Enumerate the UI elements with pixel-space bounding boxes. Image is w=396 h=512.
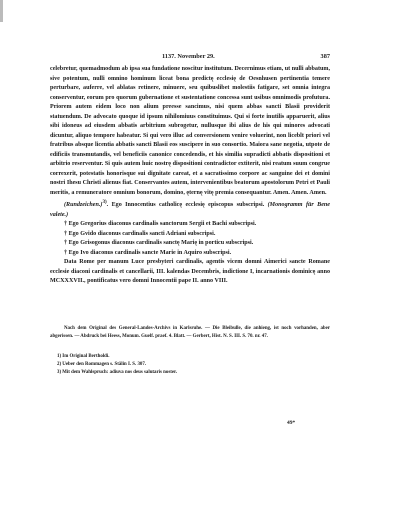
rota-label: (Rundzeichen.)	[64, 202, 102, 208]
footnote-item: 3) Mit dem Wahlspruch: adiuva nos deus s…	[57, 369, 317, 377]
subscription-line: † Ego Gvido diaconus cardinalis sancti A…	[50, 230, 330, 240]
running-header: 1137. November 29. 387	[50, 53, 330, 63]
subscription-line: † Ego Ivo diaconus cardinalis sancte Mar…	[50, 249, 330, 259]
footnote-item: 1) Im Original Bertholdi.	[57, 353, 317, 361]
editorial-note: Nach dem Original des General-Landes-Arc…	[50, 325, 330, 341]
subscription-line: † Ego Gregorius diaconus cardinalis sanc…	[50, 220, 330, 230]
dating-clause: Data Rome per manum Luce presbyteri card…	[50, 258, 330, 287]
header-date-title: 1137. November 29.	[162, 53, 215, 60]
page-edge-mark	[0, 0, 3, 22]
footnotes: 1) Im Original Bertholdi. 2) Ueber den R…	[57, 353, 317, 377]
page-number: 387	[321, 53, 330, 60]
footnote-item: 2) Ueber den Rommagen s. Stälin I. S. 30…	[57, 361, 317, 369]
main-paragraph: celebretur, quemadmodum ab ipsa sua fund…	[50, 65, 330, 198]
subscription-line: † Ego Grisogonus diaconus cardinalis san…	[50, 239, 330, 249]
papal-signature-line: (Rundzeichen.)3). Ego Innocentius cathol…	[50, 198, 330, 220]
editorial-note-text: Nach dem Original des General-Landes-Arc…	[50, 325, 330, 341]
papal-signature-text: . Ego Innocentius catholicę ecclesię epi…	[107, 202, 265, 208]
document-body: celebretur, quemadmodum ab ipsa sua fund…	[50, 65, 330, 287]
signature-mark: 49*	[287, 420, 295, 426]
